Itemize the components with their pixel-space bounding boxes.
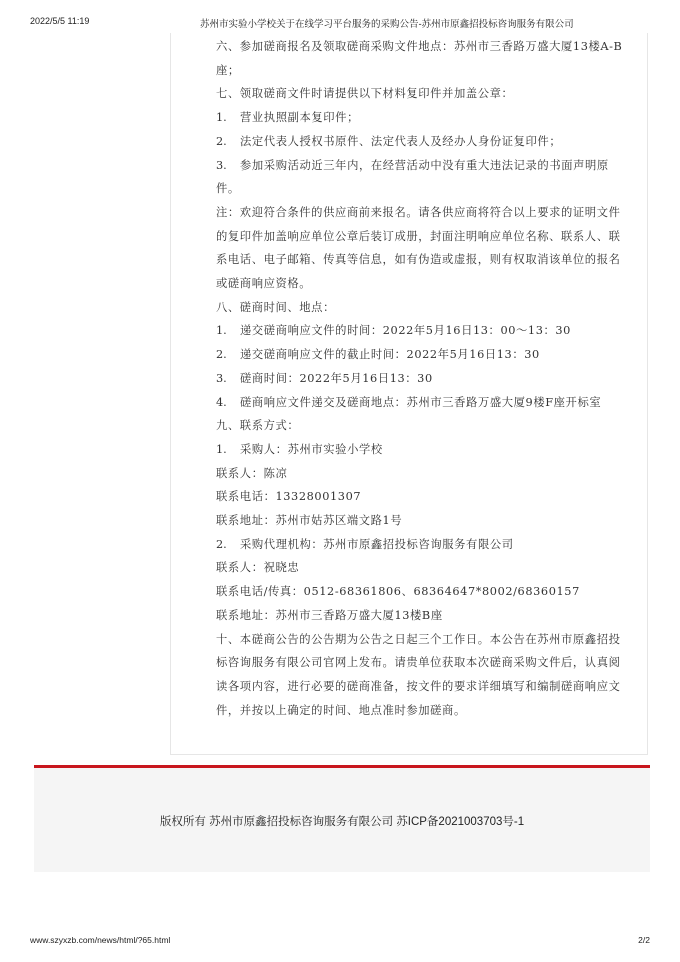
purchaser-name: 采购人：苏州市实验小学校 [240, 438, 626, 462]
purchaser-contact: 联系人：陈凉 [216, 462, 626, 486]
section-7-heading: 七、领取磋商文件时请提供以下材料复印件并加盖公章： [216, 82, 626, 106]
page-number: 2/2 [638, 935, 650, 945]
site-footer: 版权所有 苏州市原鑫招投标咨询服务有限公司 苏ICP备2021003703号-1 [34, 768, 650, 872]
list-item: 2. 递交磋商响应文件的截止时间：2022年5月16日13：30 [216, 343, 626, 367]
list-number: 1. [216, 319, 240, 343]
agency-item: 2. 采购代理机构：苏州市原鑫招投标咨询服务有限公司 [216, 533, 626, 557]
list-item: 3. 磋商时间：2022年5月16日13：30 [216, 367, 626, 391]
article-container: 六、参加磋商报名及领取磋商采购文件地点：苏州市三香路万盛大厦13楼A-B座； 七… [170, 33, 648, 755]
list-number: 1. [216, 438, 240, 462]
print-header-title: 苏州市实验小学校关于在线学习平台服务的采购公告-苏州市原鑫招投标咨询服务有限公司 [200, 16, 555, 30]
list-item: 1. 递交磋商响应文件的时间：2022年5月16日13：00～13：30 [216, 319, 626, 343]
list-number: 1. [216, 106, 240, 130]
list-number: 3. [216, 154, 240, 178]
list-text: 递交磋商响应文件的截止时间：2022年5月16日13：30 [240, 343, 626, 367]
purchaser-item: 1. 采购人：苏州市实验小学校 [216, 438, 626, 462]
section-9-heading: 九、联系方式： [216, 414, 626, 438]
list-text: 法定代表人授权书原件、法定代表人及经办人身份证复印件； [240, 130, 626, 154]
list-item: 2. 法定代表人授权书原件、法定代表人及经办人身份证复印件； [216, 130, 626, 154]
list-text: 磋商响应文件递交及磋商地点：苏州市三香路万盛大厦9楼F座开标室 [240, 391, 626, 415]
print-header-date: 2022/5/5 11:19 [30, 16, 89, 26]
purchaser-phone: 联系电话：13328001307 [216, 485, 626, 509]
list-number: 2. [216, 533, 240, 557]
agency-name: 采购代理机构：苏州市原鑫招投标咨询服务有限公司 [240, 533, 626, 557]
section-8-heading: 八、磋商时间、地点： [216, 296, 626, 320]
agency-contact: 联系人：祝晓忠 [216, 556, 626, 580]
section-7-note: 注：欢迎符合条件的供应商前来报名。请各供应商将符合以上要求的证明文件的复印件加盖… [216, 201, 626, 296]
list-item: 4. 磋商响应文件递交及磋商地点：苏州市三香路万盛大厦9楼F座开标室 [216, 391, 626, 415]
list-item-3: 3.参加采购活动近三年内，在经营活动中没有重大违法记录的书面声明原件。 [216, 154, 626, 201]
list-text: 递交磋商响应文件的时间：2022年5月16日13：00～13：30 [240, 319, 626, 343]
list-text: 参加采购活动近三年内，在经营活动中没有重大违法记录的书面声明原件。 [216, 159, 609, 196]
list-number: 3. [216, 367, 240, 391]
print-footer-url: www.szyxzb.com/news/html/?65.html [30, 935, 170, 945]
purchaser-address: 联系地址：苏州市姑苏区端文路1号 [216, 509, 626, 533]
agency-phone: 联系电话/传真：0512-68361806、68364647*8002/6836… [216, 580, 626, 604]
copyright-text: 版权所有 苏州市原鑫招投标咨询服务有限公司 苏ICP备2021003703号-1 [34, 813, 650, 829]
list-item: 1. 营业执照副本复印件； [216, 106, 626, 130]
list-text: 营业执照副本复印件； [240, 106, 626, 130]
list-number: 2. [216, 130, 240, 154]
article-body: 六、参加磋商报名及领取磋商采购文件地点：苏州市三香路万盛大厦13楼A-B座； 七… [216, 35, 626, 722]
section-10-notice: 十、本磋商公告的公告期为公告之日起三个工作日。本公告在苏州市原鑫招投标咨询服务有… [216, 628, 626, 723]
list-number: 4. [216, 391, 240, 415]
section-6-location: 六、参加磋商报名及领取磋商采购文件地点：苏州市三香路万盛大厦13楼A-B座； [216, 35, 626, 82]
list-number: 2. [216, 343, 240, 367]
agency-address: 联系地址：苏州市三香路万盛大厦13楼B座 [216, 604, 626, 628]
list-text: 磋商时间：2022年5月16日13：30 [240, 367, 626, 391]
